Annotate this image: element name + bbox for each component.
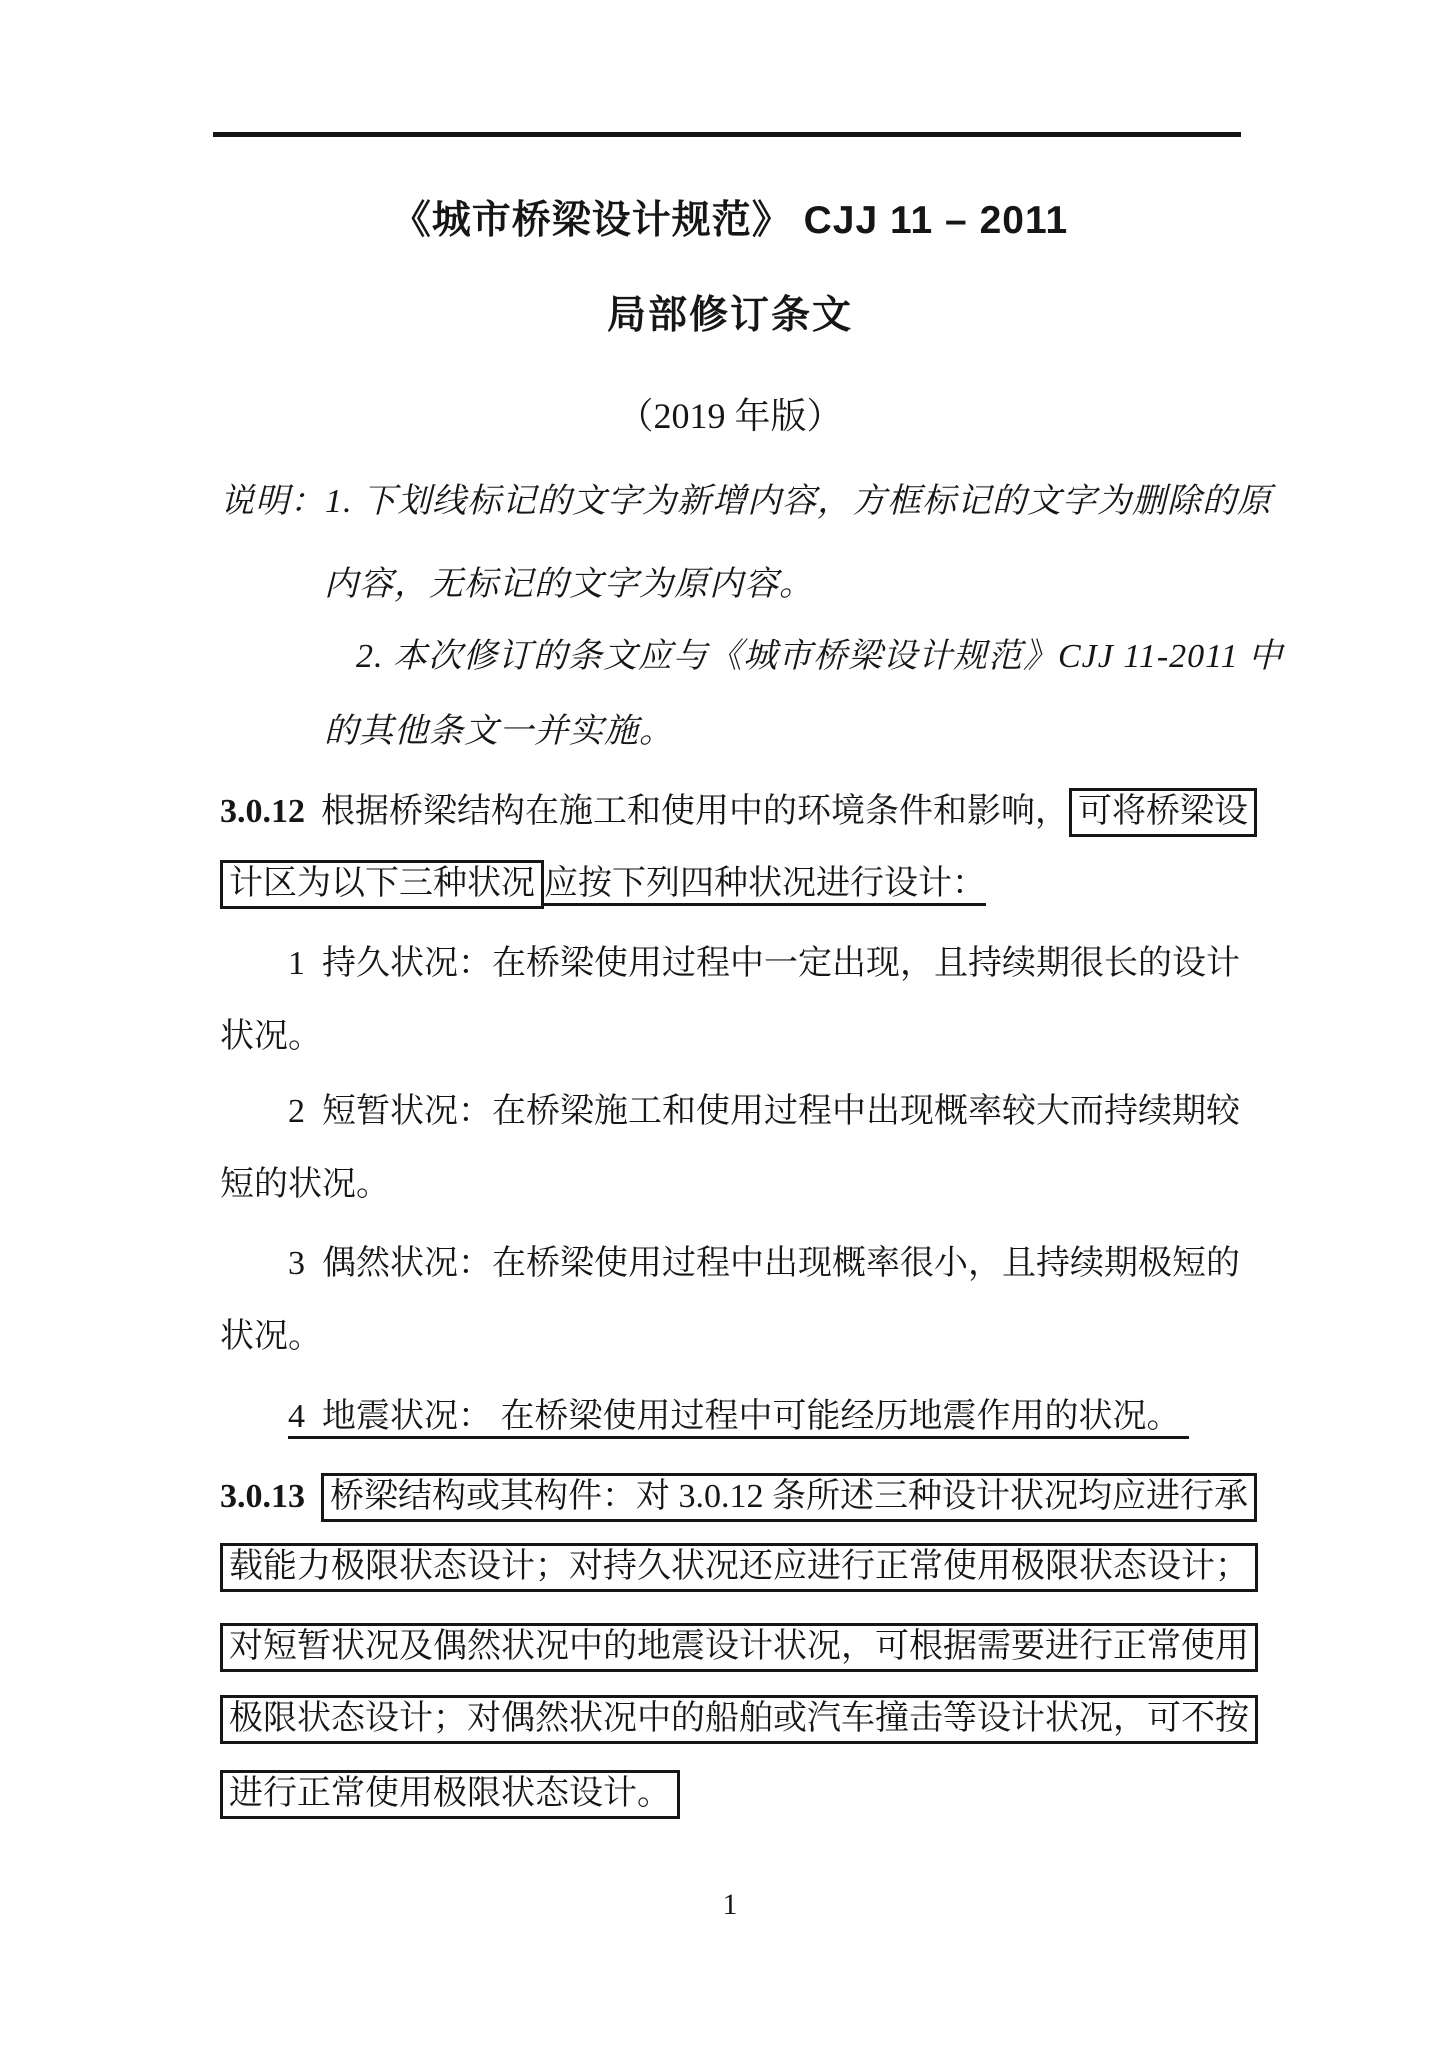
deleted-text-box: 计区为以下三种状况 <box>220 860 544 909</box>
document-page: 《城市桥梁设计规范》 CJJ 11 – 2011 局部修订条文 （2019 年版… <box>0 0 1448 2048</box>
item-1-line-2: 状况。 <box>220 1016 322 1059</box>
item-4-line: 4 地震状况： 在桥梁使用过程中可能经历地震作用的状况。 <box>288 1396 1189 1439</box>
clause-3-0-12-line-1: 3.0.12根据桥梁结构在施工和使用中的环境条件和影响，可将桥梁设 <box>220 791 1257 834</box>
document-title: 《城市桥梁设计规范》 CJJ 11 – 2011 <box>220 197 1240 246</box>
header-rule <box>213 132 1241 137</box>
item-2-line-2: 短的状况。 <box>220 1164 390 1207</box>
clause-3-0-13-number: 3.0.13 <box>220 1478 305 1515</box>
deleted-text-box: 桥梁结构或其构件：对 3.0.12 条所述三种设计状况均应进行承 <box>321 1473 1257 1522</box>
added-text-underlined: 4 地震状况： 在桥梁使用过程中可能经历地震作用的状况。 <box>288 1398 1189 1435</box>
document-subtitle: 局部修订条文 <box>220 292 1240 341</box>
deleted-text-box: 进行正常使用极限状态设计。 <box>220 1770 680 1819</box>
note-line-1: 说明：1. 下划线标记的文字为新增内容，方框标记的文字为删除的原 <box>220 481 1272 524</box>
item-3-line-2: 状况。 <box>220 1316 322 1359</box>
clause-3-0-12-number: 3.0.12 <box>220 793 305 830</box>
edition-label: （2019 年版） <box>220 394 1240 439</box>
added-text-underlined: 应按下列四种状况进行设计： <box>544 865 986 902</box>
item-2-line-1: 2 短暂状况：在桥梁施工和使用过程中出现概率较大而持续期较 <box>288 1091 1240 1134</box>
note-line-3: 2. 本次修订的条文应与《城市桥梁设计规范》CJJ 11-2011 中 <box>356 636 1283 679</box>
item-3-line-1: 3 偶然状况：在桥梁使用过程中出现概率很小，且持续期极短的 <box>288 1243 1240 1286</box>
clause-3-0-12-text: 根据桥梁结构在施工和使用中的环境条件和影响， <box>321 793 1069 830</box>
clause-3-0-13-line-1: 3.0.13桥梁结构或其构件：对 3.0.12 条所述三种设计状况均应进行承 <box>220 1476 1257 1519</box>
deleted-text-box: 载能力极限状态设计；对持久状况还应进行正常使用极限状态设计； <box>220 1543 1258 1592</box>
deleted-text-box: 极限状态设计；对偶然状况中的船舶或汽车撞击等设计状况，可不按 <box>220 1695 1258 1744</box>
note-line-2: 内容，无标记的文字为原内容。 <box>324 564 814 607</box>
clause-3-0-13-line-3: 对短暂状况及偶然状况中的地震设计状况，可根据需要进行正常使用 <box>220 1626 1258 1669</box>
clause-3-0-13-line-4: 极限状态设计；对偶然状况中的船舶或汽车撞击等设计状况，可不按 <box>220 1698 1258 1741</box>
deleted-text-box: 可将桥梁设 <box>1069 788 1257 837</box>
page-number: 1 <box>220 1888 1240 1922</box>
clause-3-0-13-line-2: 载能力极限状态设计；对持久状况还应进行正常使用极限状态设计； <box>220 1546 1258 1589</box>
clause-3-0-12-line-2: 计区为以下三种状况应按下列四种状况进行设计： <box>220 863 986 906</box>
item-1-line-1: 1 持久状况：在桥梁使用过程中一定出现，且持续期很长的设计 <box>288 943 1240 986</box>
deleted-text-box: 对短暂状况及偶然状况中的地震设计状况，可根据需要进行正常使用 <box>220 1623 1258 1672</box>
note-line-4: 的其他条文一并实施。 <box>324 711 674 754</box>
clause-3-0-13-line-5: 进行正常使用极限状态设计。 <box>220 1773 680 1816</box>
